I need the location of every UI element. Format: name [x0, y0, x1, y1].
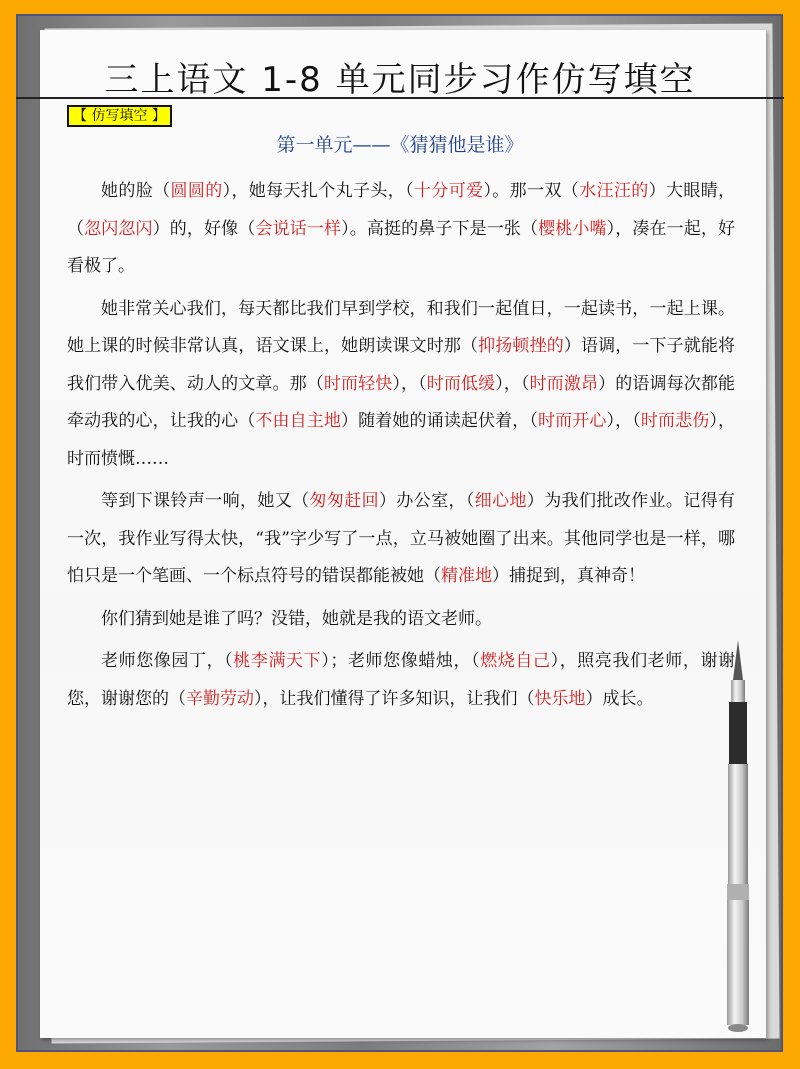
fountain-pen-icon	[718, 640, 758, 1040]
paragraph: 她非常关心我们，每天都比我们早到学校，和我们一起值日，一起读书，一起上课。她上课…	[67, 291, 735, 479]
body-text: ）捕捉到，真神奇！	[492, 566, 645, 586]
paragraph: 等到下课铃声一响，她又（匆匆赶回）办公室，（细心地）为我们批改作业。记得有一次，…	[67, 483, 735, 596]
answer-text: 时而轻快	[324, 374, 393, 394]
body-text: ），（	[607, 411, 641, 431]
answer-text: 燃烧自己	[480, 651, 550, 671]
answer-text: 时而悲伤	[641, 411, 710, 431]
answer-text: 桃李满天下	[233, 651, 321, 671]
body-text: 你们猜到她是谁了吗？没错，她就是我的语文老师。	[101, 609, 492, 629]
body-text: ）的，好像（	[153, 219, 256, 239]
paragraph: 你们猜到她是谁了吗？没错，她就是我的语文老师。	[67, 601, 735, 639]
answer-text: 十分可爱	[414, 181, 483, 201]
answer-text: 水汪汪的	[579, 181, 648, 201]
body-text: ），（	[495, 374, 529, 394]
section-tag: 【 仿写填空 】	[67, 105, 172, 127]
answer-text: 不由自主地	[255, 411, 341, 431]
paragraph: 老师您像园丁，（桃李满天下）；老师您像蜡烛，（燃烧自己），照亮我们老师，谢谢您，…	[67, 643, 735, 718]
answer-text: 精准地	[441, 566, 492, 586]
body-text: ）办公室，（	[379, 491, 475, 511]
body-text: 老师您像园丁，（	[101, 651, 233, 671]
page-title: 三上语文 1-8 单元同步习作仿写填空	[0, 52, 800, 101]
body-text: ），让我们懂得了许多知识，让我们（	[254, 689, 535, 709]
answer-text: 会说话一样	[255, 219, 341, 239]
body-text: 等到下课铃声一响，她又（	[101, 491, 310, 511]
title-divider	[16, 97, 784, 99]
body-text: ）。高挺的鼻子下是一张（	[341, 219, 538, 239]
body-text: 她的脸（	[101, 181, 170, 201]
body-text: ）。那一双（	[483, 181, 579, 201]
paragraph: 她的脸（圆圆的），她每天扎个丸子头，（十分可爱）。那一双（水汪汪的）大眼睛，（忽…	[67, 173, 735, 286]
answer-text: 时而激昂	[530, 374, 599, 394]
answer-text: 时而开心	[538, 411, 607, 431]
answer-text: 时而低缓	[427, 374, 496, 394]
unit-subtitle: 第一单元——《猜猜他是谁》	[0, 130, 800, 157]
answer-text: 圆圆的	[170, 181, 222, 201]
body-text: ）成长。	[586, 689, 654, 709]
body-text: ）；老师您像蜡烛，（	[321, 651, 480, 671]
answer-text: 细心地	[475, 491, 527, 511]
body-text: ）随着她的诵读起伏着，（	[341, 411, 538, 431]
body-text: ），她每天扎个丸子头，（	[223, 181, 414, 201]
answer-text: 辛勤劳动	[186, 689, 254, 709]
answer-text: 忽闪忽闪	[84, 219, 153, 239]
essay-body: 她的脸（圆圆的），她每天扎个丸子头，（十分可爱）。那一双（水汪汪的）大眼睛，（忽…	[67, 173, 735, 723]
answer-text: 快乐地	[535, 689, 586, 709]
answer-text: 樱桃小嘴	[538, 219, 607, 239]
answer-text: 匆匆赶回	[310, 491, 380, 511]
answer-text: 抑扬顿挫的	[478, 336, 564, 356]
body-text: ），（	[392, 374, 426, 394]
